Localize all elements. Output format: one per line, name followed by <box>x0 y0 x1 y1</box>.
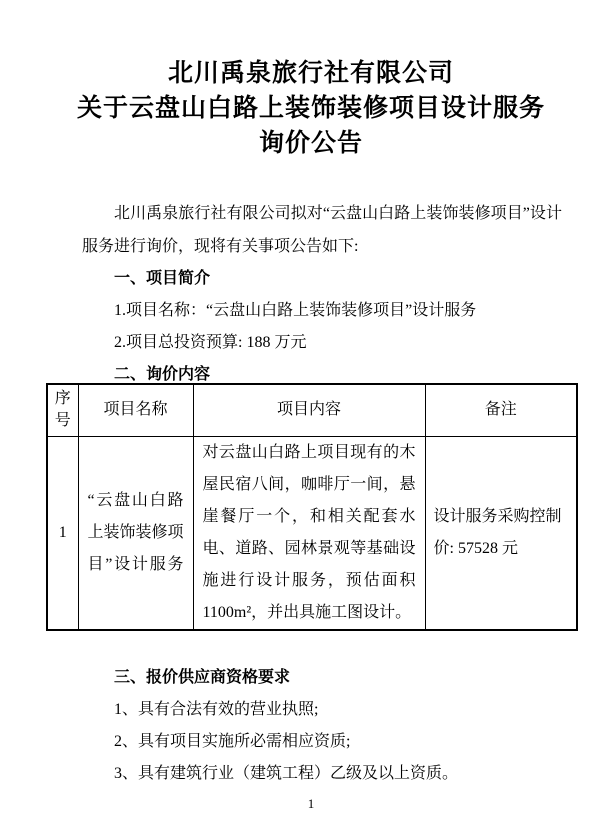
section1-heading: 一、项目简介 <box>46 263 576 295</box>
header-cell-name: 项目名称 <box>78 384 193 436</box>
table-header-row: 序号 项目名称 项目内容 备注 <box>47 384 577 436</box>
title-line-1: 北川禹泉旅行社有限公司 <box>46 56 576 91</box>
section3-heading: 三、报价供应商资格要求 <box>46 662 576 694</box>
section3-item-3: 3、具有建筑行业（建筑工程）乙级及以上资质。 <box>46 758 576 790</box>
section3-item-2: 2、具有项目实施所必需相应资质; <box>46 726 576 758</box>
header-cell-content: 项目内容 <box>193 384 425 436</box>
header-cell-no: 序号 <box>47 384 78 436</box>
section3-item-1: 1、具有合法有效的营业执照; <box>46 694 576 726</box>
document-title: 北川禹泉旅行社有限公司 关于云盘山白路上装饰装修项目设计服务 询价公告 <box>46 56 576 161</box>
page-number: 1 <box>46 796 576 812</box>
row-cell-no: 1 <box>47 436 78 630</box>
row-cell-name: “云盘山白路上装饰装修项目”设计服务 <box>78 436 193 630</box>
section1-item-2: 2.项目总投资预算: 188 万元 <box>46 327 576 359</box>
inquiry-table: 序号 项目名称 项目内容 备注 1 “云盘山白路上装饰装修项目”设计服务 对云盘… <box>46 383 578 631</box>
header-cell-remark: 备注 <box>425 384 577 436</box>
table-row: 1 “云盘山白路上装饰装修项目”设计服务 对云盘山白路上项目现有的木屋民宿八间，… <box>47 436 577 630</box>
row-cell-content: 对云盘山白路上项目现有的木屋民宿八间，咖啡厅一间，悬崖餐厅一个，和相关配套水电、… <box>193 436 425 630</box>
intro-paragraph: 北川禹泉旅行社有限公司拟对“云盘山白路上装饰装修项目”设计服务进行询价，现将有关… <box>82 197 562 263</box>
body-text-block: 北川禹泉旅行社有限公司拟对“云盘山白路上装饰装修项目”设计服务进行询价，现将有关… <box>46 197 576 263</box>
row-cell-remark: 设计服务采购控制价: 57528 元 <box>425 436 577 630</box>
document-page: 北川禹泉旅行社有限公司 关于云盘山白路上装饰装修项目设计服务 询价公告 北川禹泉… <box>0 0 615 820</box>
section1-item-1: 1.项目名称：“云盘山白路上装饰装修项目”设计服务 <box>46 295 576 327</box>
document-content: 北川禹泉旅行社有限公司 关于云盘山白路上装饰装修项目设计服务 询价公告 北川禹泉… <box>0 0 615 812</box>
title-line-3: 询价公告 <box>46 126 576 161</box>
title-line-2: 关于云盘山白路上装饰装修项目设计服务 <box>46 91 576 126</box>
